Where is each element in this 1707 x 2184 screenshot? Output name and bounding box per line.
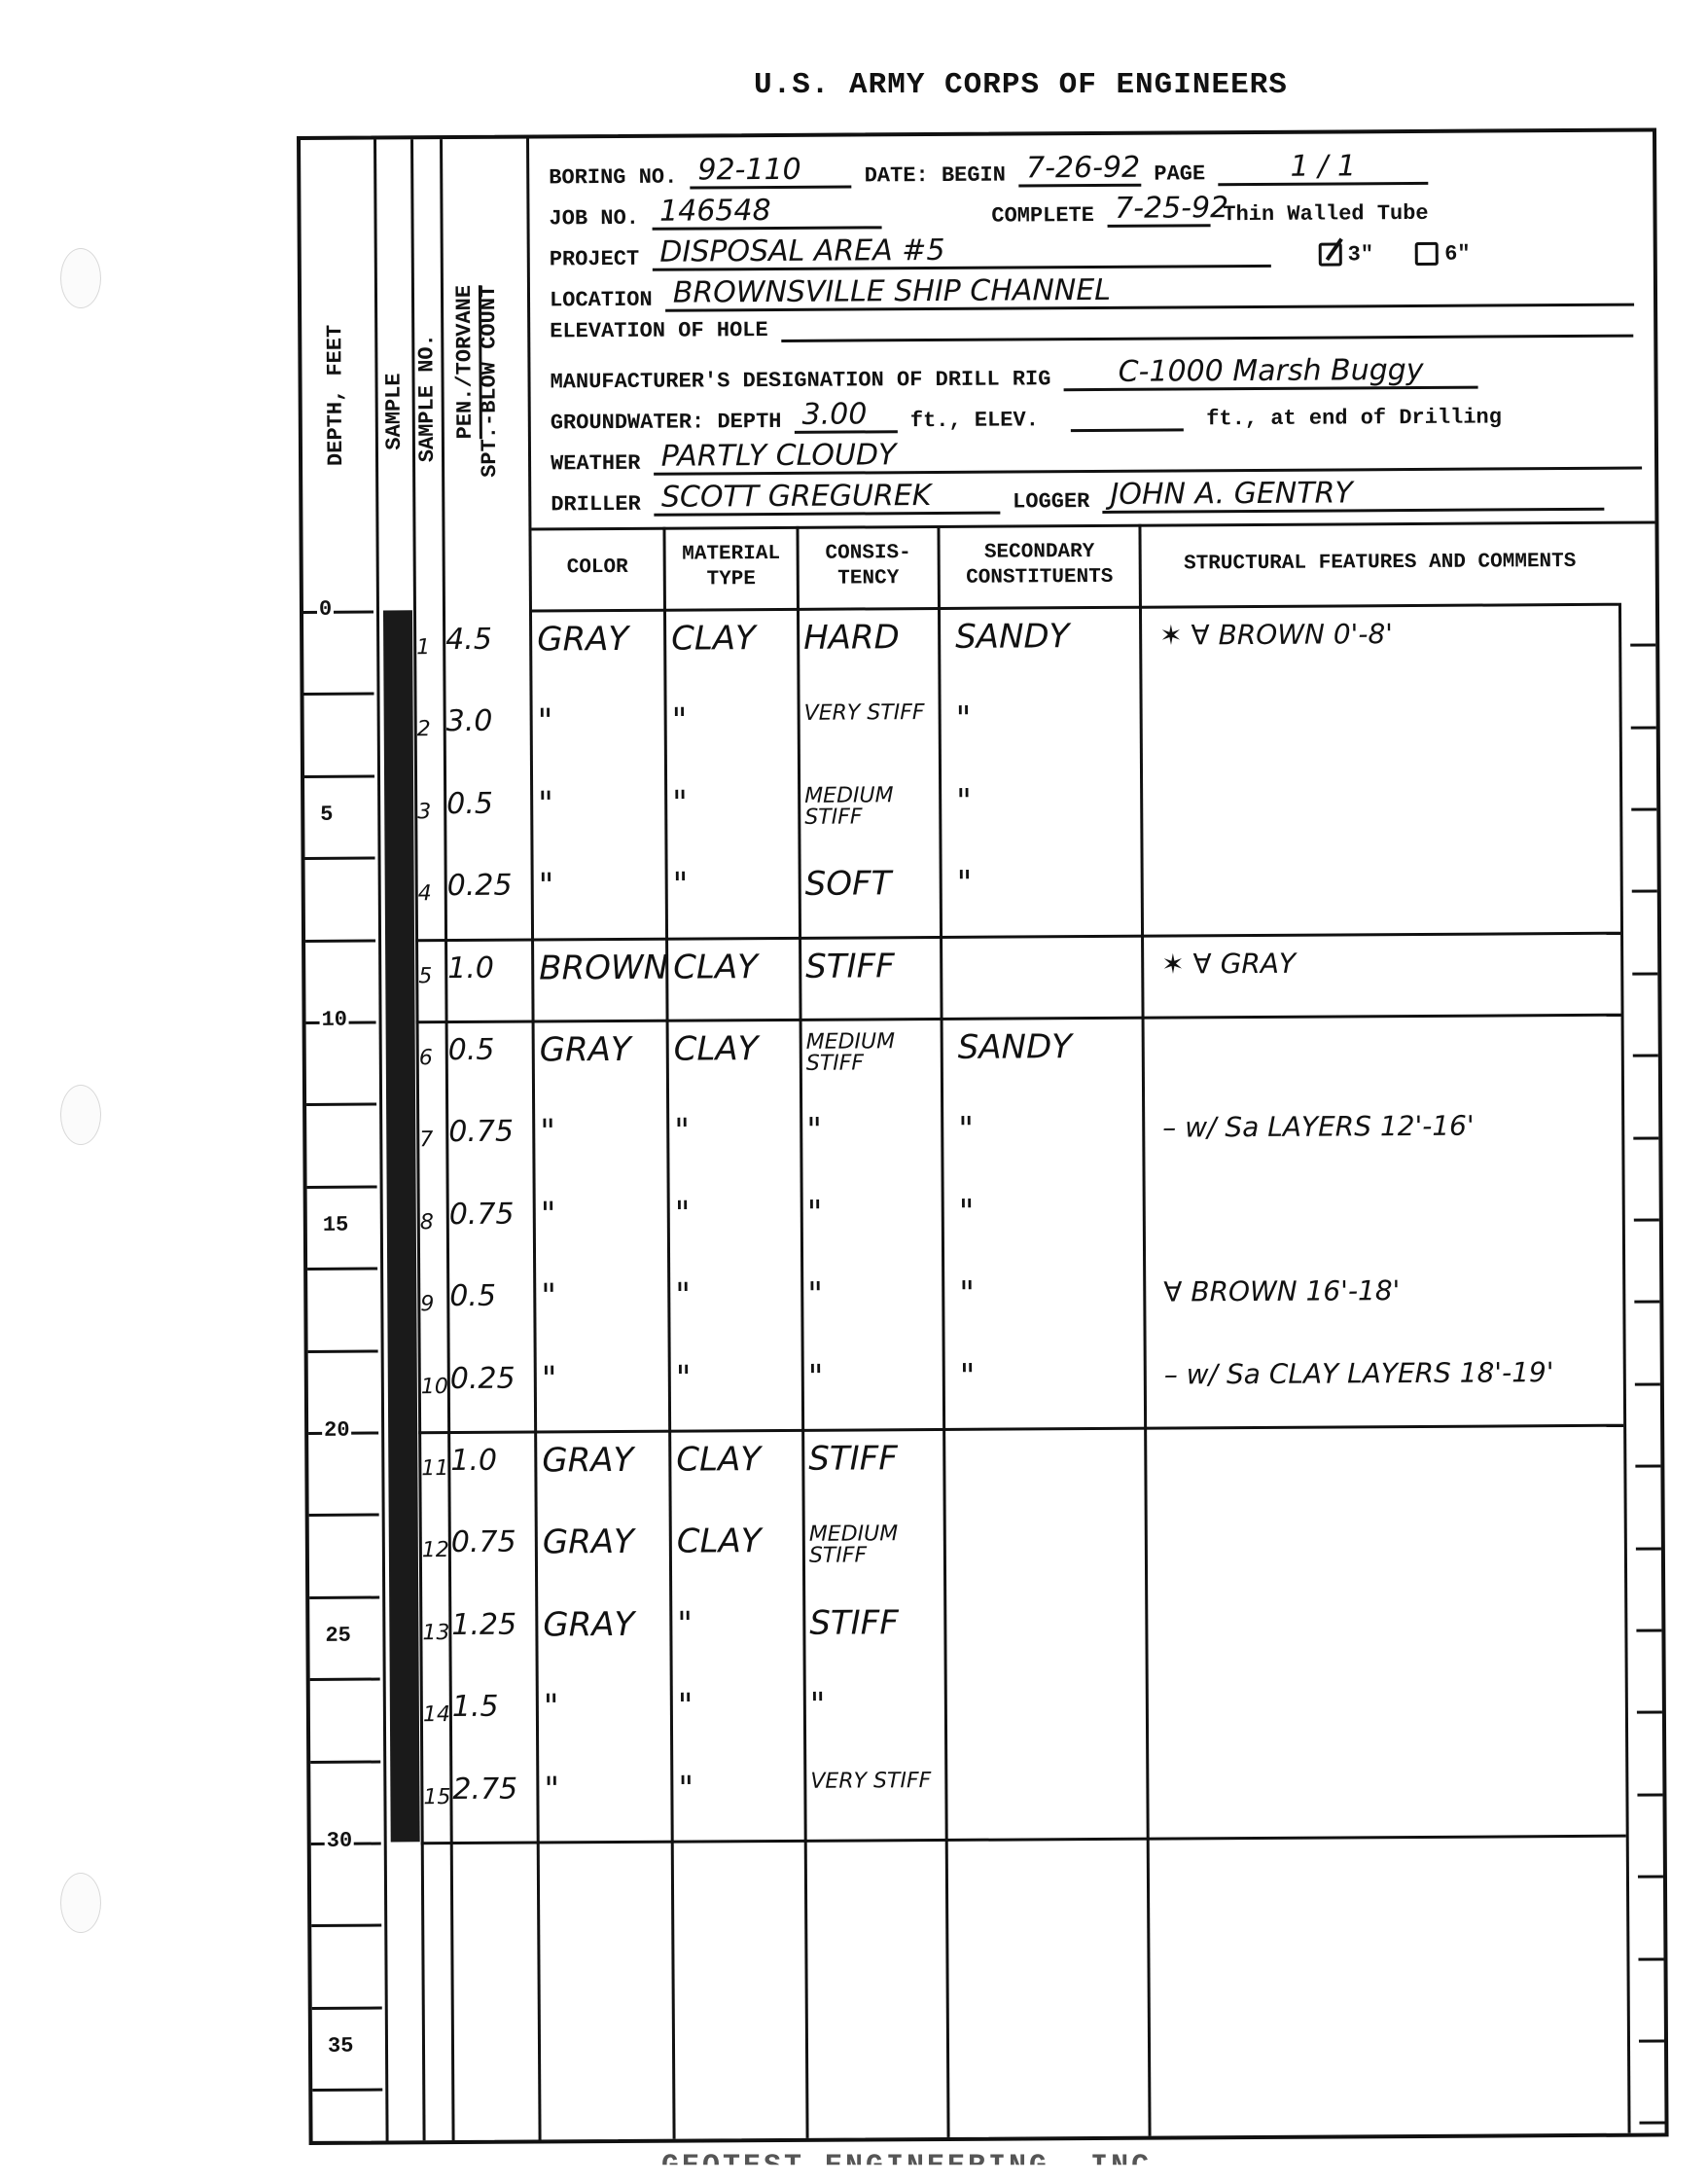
depth-tick bbox=[1635, 1382, 1660, 1385]
comment-value: ✶ ∀ BROWN 0'-8' bbox=[1159, 618, 1393, 652]
boring-log-form: DEPTH, FEET SAMPLE SAMPLE NO. PEN./TORVA… bbox=[297, 127, 1669, 2145]
driller-label: DRILLER bbox=[551, 492, 641, 518]
depth-label: 5 bbox=[318, 803, 335, 827]
depth-tick bbox=[310, 1678, 380, 1681]
color-value: " bbox=[540, 1116, 555, 1149]
layer-boundary bbox=[415, 931, 1620, 942]
material-value: CLAY bbox=[677, 1525, 762, 1559]
sample-no: 14 bbox=[423, 1704, 450, 1726]
depth-label: 10 bbox=[319, 1008, 349, 1032]
color-value: GRAY bbox=[543, 1525, 634, 1559]
pen-value: 0.5 bbox=[448, 1034, 495, 1067]
groundwater-end-label: ft., at end of Drilling bbox=[1206, 405, 1502, 431]
sample-no: 4 bbox=[418, 883, 432, 905]
binder-hole bbox=[60, 1085, 101, 1145]
consistency-value: STIFF bbox=[808, 1442, 898, 1476]
secondary-value: " bbox=[958, 1113, 974, 1146]
depth-tick bbox=[1630, 644, 1655, 647]
consistency-value: " bbox=[810, 1689, 826, 1722]
consistency-value: HARD bbox=[803, 621, 900, 655]
job-no-label: JOB NO. bbox=[549, 206, 639, 232]
consistency-value: SOFT bbox=[805, 867, 892, 901]
pen-value: 1.25 bbox=[451, 1608, 516, 1641]
sample-no: 3 bbox=[417, 802, 431, 823]
color-value: " bbox=[538, 787, 553, 820]
depth-tick bbox=[1636, 1629, 1661, 1631]
depth-tick bbox=[1631, 807, 1656, 810]
material-value: " bbox=[672, 704, 688, 737]
color-value: GRAY bbox=[540, 1033, 631, 1067]
pen-value: 4.5 bbox=[445, 624, 492, 657]
material-value: CLAY bbox=[673, 950, 758, 985]
weather-field[interactable]: PARTLY CLOUDY bbox=[654, 436, 1642, 476]
sample-no: 15 bbox=[423, 1787, 450, 1808]
depth-label: 30 bbox=[325, 1829, 355, 1853]
pen-value: 1.5 bbox=[452, 1691, 499, 1724]
location-label: LOCATION bbox=[550, 288, 653, 313]
color-value: GRAY bbox=[542, 1444, 633, 1478]
consistency-value: STIFF bbox=[809, 1606, 899, 1640]
secondary-value: " bbox=[956, 702, 972, 735]
groundwater-label: GROUNDWATER: DEPTH bbox=[551, 410, 782, 435]
structural-column-header: STRUCTURAL FEATURES AND COMMENTS bbox=[1141, 521, 1618, 609]
consistency-value: STIFF bbox=[805, 949, 895, 984]
complete-label: COMPLETE bbox=[991, 203, 1094, 229]
sample-no: 11 bbox=[421, 1458, 448, 1480]
consistency-value: MEDIUM STIFF bbox=[806, 1031, 938, 1075]
color-value: " bbox=[541, 1198, 556, 1231]
pen-value: 0.75 bbox=[449, 1198, 515, 1231]
consistency-value: " bbox=[807, 1278, 823, 1311]
secondary-value: " bbox=[956, 785, 972, 818]
page-title: U.S. ARMY CORPS OF ENGINEERS bbox=[754, 68, 1288, 102]
sample-no-column-label: SAMPLE NO. bbox=[414, 334, 440, 462]
date-complete-field[interactable]: 7-25-92 bbox=[1107, 193, 1210, 228]
pen-value: 3.0 bbox=[446, 705, 493, 738]
sample-column-label: SAMPLE bbox=[381, 373, 406, 449]
material-value: CLAY bbox=[676, 1443, 761, 1477]
project-label: PROJECT bbox=[550, 247, 640, 272]
consistency-value: VERY STIFF bbox=[810, 1771, 942, 1793]
sample-no: 9 bbox=[420, 1294, 434, 1315]
depth-label: 35 bbox=[326, 2034, 356, 2059]
sample-no: 8 bbox=[420, 1212, 434, 1234]
comment-value: – w/ Sa CLAY LAYERS 18'-19' bbox=[1164, 1356, 1554, 1391]
consistency-value: MEDIUM STIFF bbox=[804, 785, 936, 829]
pen-value: 0.25 bbox=[447, 870, 513, 903]
sample-no: 7 bbox=[419, 1130, 433, 1152]
comment-value: ∀ BROWN 16'-18' bbox=[1163, 1274, 1400, 1308]
consistency-value: MEDIUM STIFF bbox=[809, 1523, 941, 1567]
depth-tick bbox=[1634, 1218, 1659, 1221]
material-value: CLAY bbox=[674, 1032, 759, 1066]
depth-label: 0 bbox=[317, 597, 334, 622]
depth-tick bbox=[307, 1185, 377, 1188]
secondary-value: " bbox=[957, 867, 973, 900]
divider bbox=[1618, 603, 1631, 2133]
pen-value: 0.5 bbox=[446, 788, 493, 821]
depth-tick bbox=[1639, 2122, 1664, 2125]
depth-tick bbox=[312, 2089, 382, 2092]
boring-no-label: BORING NO. bbox=[549, 165, 677, 191]
depth-tick bbox=[305, 857, 375, 860]
sample-no: 10 bbox=[421, 1377, 448, 1398]
color-value: " bbox=[542, 1362, 557, 1395]
consistency-value: VERY STIFF bbox=[804, 702, 936, 725]
divider bbox=[663, 609, 676, 2139]
depth-tick bbox=[1637, 1711, 1662, 1714]
pen-value: 0.75 bbox=[451, 1526, 516, 1559]
tube-3in-checkbox[interactable] bbox=[1319, 243, 1342, 267]
driller-field[interactable]: SCOTT GREGUREK bbox=[654, 481, 1000, 517]
groundwater-elev-label: ft., ELEV. bbox=[910, 408, 1039, 433]
page-label: PAGE bbox=[1154, 161, 1205, 186]
secondary-value: SANDY bbox=[955, 620, 1069, 654]
secondary-value: " bbox=[959, 1196, 975, 1229]
pen-value: 0.25 bbox=[450, 1362, 516, 1395]
weather-label: WEATHER bbox=[551, 451, 641, 477]
depth-label: 15 bbox=[321, 1213, 351, 1237]
material-value: " bbox=[672, 786, 688, 819]
color-value: BROWN bbox=[539, 950, 668, 985]
depth-tick bbox=[1636, 1547, 1661, 1550]
groundwater-elev-field[interactable] bbox=[1071, 428, 1184, 432]
secondary-value: " bbox=[960, 1359, 976, 1392]
layer-boundary bbox=[421, 1835, 1626, 1845]
binder-hole bbox=[60, 248, 101, 308]
drill-rig-field[interactable]: C-1000 Marsh Buggy bbox=[1063, 355, 1477, 392]
depth-tick bbox=[307, 1268, 377, 1271]
date-begin-label: DATE: BEGIN bbox=[865, 163, 1006, 189]
color-value: GRAY bbox=[543, 1608, 634, 1642]
layer-boundary bbox=[416, 1014, 1621, 1024]
material-value: " bbox=[675, 1197, 691, 1230]
secondary-value: " bbox=[959, 1277, 975, 1310]
sample-no: 5 bbox=[418, 966, 432, 987]
depth-tick bbox=[309, 1595, 379, 1598]
depth-tick bbox=[310, 1760, 380, 1763]
layer-boundary bbox=[418, 1424, 1623, 1435]
color-value: " bbox=[544, 1691, 559, 1724]
sample-no: 13 bbox=[422, 1623, 449, 1644]
consistency-value: " bbox=[808, 1360, 824, 1393]
binder-hole bbox=[60, 1873, 101, 1933]
color-column-header: COLOR bbox=[531, 527, 666, 613]
page-field[interactable]: 1 / 1 bbox=[1218, 151, 1428, 186]
depth-tick bbox=[308, 1349, 378, 1352]
material-value: " bbox=[678, 1772, 693, 1805]
depth-tick bbox=[304, 774, 374, 777]
logger-label: LOGGER bbox=[1013, 489, 1089, 514]
footer-company: GEOTEST ENGINEERING, INC. bbox=[661, 2150, 1172, 2183]
material-value: " bbox=[674, 1115, 690, 1148]
material-value: " bbox=[678, 1690, 693, 1723]
material-value: " bbox=[673, 869, 689, 902]
material-value: " bbox=[675, 1279, 691, 1312]
job-no-field[interactable]: 146548 bbox=[652, 195, 881, 230]
sample-no: 1 bbox=[416, 637, 430, 659]
depth-tick bbox=[1635, 1465, 1660, 1468]
depth-tick bbox=[309, 1514, 379, 1517]
divider bbox=[938, 607, 950, 2137]
depth-tick bbox=[306, 1103, 376, 1106]
sample-no: 6 bbox=[419, 1048, 433, 1069]
depth-tick bbox=[1638, 1957, 1663, 1960]
sample-no: 12 bbox=[422, 1540, 449, 1561]
color-value: GRAY bbox=[537, 623, 628, 657]
color-value: " bbox=[538, 705, 553, 738]
depth-tick bbox=[312, 2006, 382, 2009]
secondary-value: SANDY bbox=[958, 1030, 1072, 1064]
depth-tick bbox=[303, 611, 373, 614]
depth-tick bbox=[311, 1924, 381, 1927]
spt-blow-count-column-label: SPT.-BLOW COUNT bbox=[477, 285, 502, 478]
elevation-field[interactable] bbox=[781, 335, 1633, 342]
pen-value: 1.0 bbox=[447, 951, 494, 985]
material-value: " bbox=[677, 1607, 693, 1640]
depth-tick bbox=[1633, 1136, 1658, 1139]
depth-tick bbox=[1633, 1055, 1658, 1057]
depth-label: 20 bbox=[322, 1418, 352, 1443]
depth-tick bbox=[1639, 2039, 1664, 2042]
depth-tick bbox=[303, 693, 373, 696]
sample-no: 2 bbox=[417, 720, 431, 741]
tube-6in-checkbox[interactable] bbox=[1415, 242, 1439, 266]
consistency-value: " bbox=[807, 1197, 823, 1230]
location-field[interactable]: BROWNSVILLE SHIP CHANNEL bbox=[665, 272, 1634, 312]
logger-field[interactable]: JOHN A. GENTRY bbox=[1102, 477, 1604, 514]
elevation-label: ELEVATION OF HOLE bbox=[550, 318, 768, 343]
tube-3in-label: 3" bbox=[1348, 242, 1374, 267]
depth-tick bbox=[1632, 890, 1657, 893]
boring-header: BORING NO. 92-110 DATE: BEGIN 7-26-92 PA… bbox=[529, 131, 1654, 530]
tube-6in-label: 6" bbox=[1444, 242, 1471, 267]
divider bbox=[797, 608, 809, 2138]
date-begin-field[interactable]: 7-26-92 bbox=[1018, 153, 1141, 188]
pen-value: 2.75 bbox=[452, 1772, 517, 1806]
color-value: " bbox=[539, 870, 554, 903]
depth-tick bbox=[1638, 1876, 1663, 1879]
tube-label: Thin Walled Tube bbox=[1223, 201, 1428, 227]
project-field[interactable]: DISPOSAL AREA #5 bbox=[652, 233, 1270, 271]
depth-tick bbox=[1637, 1793, 1662, 1796]
material-value: " bbox=[676, 1361, 692, 1394]
material-value: CLAY bbox=[671, 622, 756, 656]
depth-tick bbox=[1632, 972, 1657, 975]
boring-no-field[interactable]: 92-110 bbox=[690, 155, 851, 190]
drill-rig-label: MANUFACTURER'S DESIGNATION OF DRILL RIG bbox=[550, 367, 1050, 394]
pen-value: 0.75 bbox=[448, 1116, 514, 1149]
comment-value: ✶ ∀ GRAY bbox=[1161, 947, 1296, 981]
depth-label: 25 bbox=[323, 1624, 353, 1648]
pen-value: 1.0 bbox=[450, 1445, 497, 1478]
color-value: " bbox=[541, 1280, 556, 1313]
comment-value: – w/ Sa LAYERS 12'-16' bbox=[1162, 1110, 1475, 1145]
depth-tick bbox=[305, 939, 375, 942]
divider bbox=[1139, 606, 1152, 2136]
consistency-column-header: CONSIS- TENCY bbox=[799, 525, 941, 611]
groundwater-depth-field[interactable]: 3.00 bbox=[795, 399, 898, 434]
depth-column-label: DEPTH, FEET bbox=[323, 325, 348, 466]
depth-tick bbox=[1631, 726, 1656, 729]
color-value: " bbox=[544, 1772, 559, 1806]
material-column-header: MATERIAL TYPE bbox=[665, 526, 800, 612]
pen-value: 0.5 bbox=[449, 1280, 496, 1313]
consistency-value: " bbox=[806, 1114, 822, 1147]
depth-tick bbox=[1634, 1301, 1659, 1304]
secondary-column-header: SECONDARY CONSTITUENTS bbox=[940, 524, 1142, 610]
